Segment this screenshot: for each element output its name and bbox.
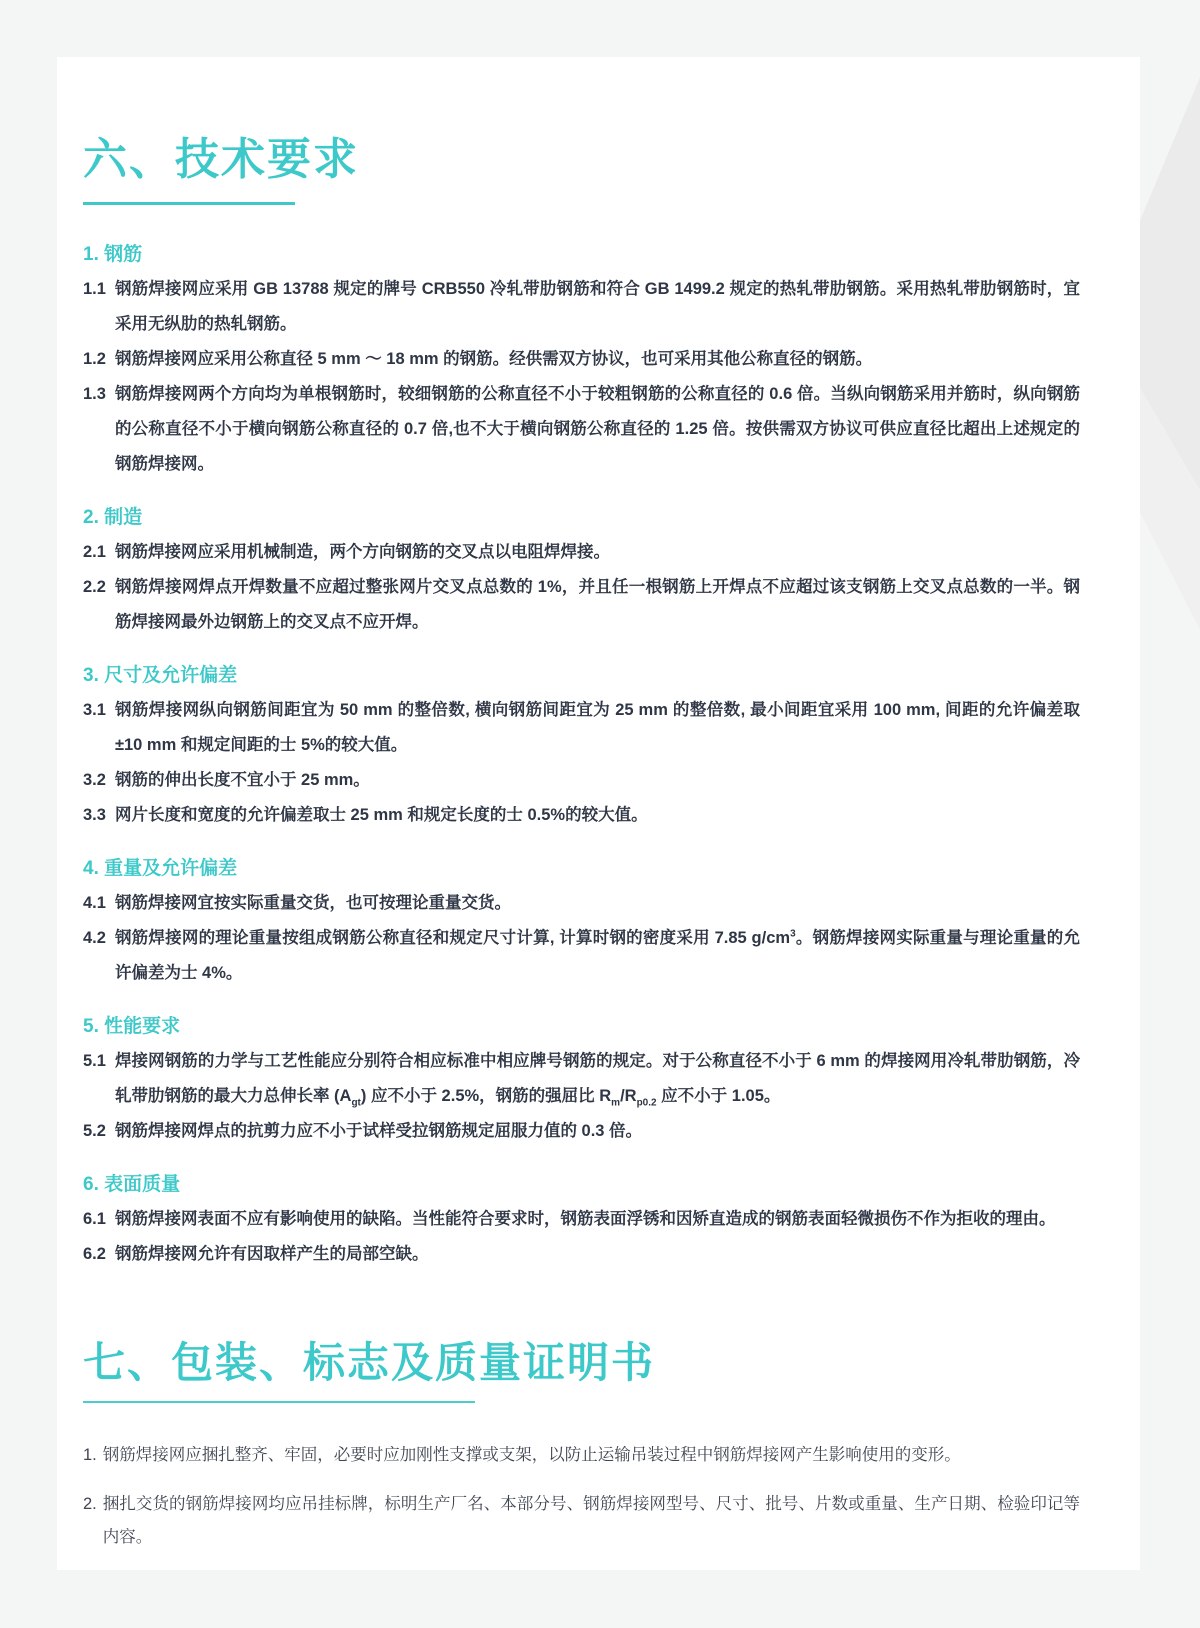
item-text: 捆扎交货的钢筋焊接网均应吊挂标牌，标明生产厂名、本部分号、钢筋焊接网型号、尺寸、… [103,1488,1080,1554]
item-number: 3.1 [83,693,106,763]
item-number: 3.2 [83,763,106,798]
item-text: 钢筋焊接网应采用机械制造，两个方向钢筋的交叉点以电阻焊焊接。 [115,535,1080,570]
text-part: /R [620,1087,637,1105]
section-7-title: 七、包装、标志及质量证明书 [83,1336,1080,1389]
item-number: 1.1 [83,272,106,342]
text-part: ) 应不小于 2.5%，钢筋的强屈比 R [361,1087,611,1105]
item-number: 1. [83,1439,97,1472]
item-number: 1.3 [83,377,106,482]
group-heading-dimensions: 3. 尺寸及允许偏差 [83,658,1080,693]
item-number: 5.2 [83,1114,106,1149]
group-heading-surface: 6. 表面质量 [83,1167,1080,1202]
item-text: 钢筋焊接网纵向钢筋间距宜为 50 mm 的整倍数, 横向钢筋间距宜为 25 mm… [115,693,1080,763]
group-dimensions: 3. 尺寸及允许偏差 3.1 钢筋焊接网纵向钢筋间距宜为 50 mm 的整倍数,… [83,658,1080,833]
item-text: 钢筋焊接网焊点开焊数量不应超过整张网片交叉点总数的 1%，并且任一根钢筋上开焊点… [115,570,1080,640]
item-number: 4.1 [83,886,106,921]
section-6-underline [83,202,295,205]
item-1-3: 1.3 钢筋焊接网两个方向均为单根钢筋时，较细钢筋的公称直径不小于较粗钢筋的公称… [83,377,1080,482]
item-number: 6.1 [83,1202,106,1237]
item-text: 钢筋焊接网宜按实际重量交货，也可按理论重量交货。 [115,886,1080,921]
item-number: 2. [83,1488,97,1554]
item-2-2: 2.2 钢筋焊接网焊点开焊数量不应超过整张网片交叉点总数的 1%，并且任一根钢筋… [83,570,1080,640]
item-number: 2.1 [83,535,106,570]
item-text: 焊接网钢筋的力学与工艺性能应分别符合相应标准中相应牌号钢筋的规定。对于公称直径不… [115,1044,1080,1114]
group-heading-manufacture: 2. 制造 [83,500,1080,535]
section-6-title: 六、技术要求 [83,133,1080,186]
item-3-3: 3.3 网片长度和宽度的允许偏差取士 25 mm 和规定长度的士 0.5%的较大… [83,798,1080,833]
item-6-2: 6.2 钢筋焊接网允许有因取样产生的局部空缺。 [83,1237,1080,1272]
item-3-1: 3.1 钢筋焊接网纵向钢筋间距宜为 50 mm 的整倍数, 横向钢筋间距宜为 2… [83,693,1080,763]
item-number: 6.2 [83,1237,106,1272]
item-3-2: 3.2 钢筋的伸出长度不宜小于 25 mm。 [83,763,1080,798]
group-performance: 5. 性能要求 5.1 焊接网钢筋的力学与工艺性能应分别符合相应标准中相应牌号钢… [83,1009,1080,1149]
item-2-1: 2.1 钢筋焊接网应采用机械制造，两个方向钢筋的交叉点以电阻焊焊接。 [83,535,1080,570]
item-text: 网片长度和宽度的允许偏差取士 25 mm 和规定长度的士 0.5%的较大值。 [115,798,1080,833]
item-text: 钢筋焊接网两个方向均为单根钢筋时，较细钢筋的公称直径不小于较粗钢筋的公称直径的 … [115,377,1080,482]
item-text: 钢筋焊接网应采用公称直径 5 mm ～ 18 mm 的钢筋。经供需双方协议，也可… [115,342,1080,377]
item-text: 钢筋焊接网允许有因取样产生的局部空缺。 [115,1237,1080,1272]
item-text: 钢筋焊接网焊点的抗剪力应不小于试样受拉钢筋规定屈服力值的 0.3 倍。 [115,1114,1080,1149]
item-number: 3.3 [83,798,106,833]
item-4-2: 4.2 钢筋焊接网的理论重量按组成钢筋公称直径和规定尺寸计算, 计算时钢的密度采… [83,921,1080,991]
item-number: 4.2 [83,921,106,991]
group-heading-weight: 4. 重量及允许偏差 [83,851,1080,886]
document-page: 六、技术要求 1. 钢筋 1.1 钢筋焊接网应采用 GB 13788 规定的牌号… [57,57,1140,1570]
text-part: 应不小于 1.05。 [657,1087,781,1105]
item-5-2: 5.2 钢筋焊接网焊点的抗剪力应不小于试样受拉钢筋规定屈服力值的 0.3 倍。 [83,1114,1080,1149]
item-text: 钢筋焊接网的理论重量按组成钢筋公称直径和规定尺寸计算, 计算时钢的密度采用 7.… [115,921,1080,991]
item-text: 钢筋焊接网应采用 GB 13788 规定的牌号 CRB550 冷轧带肋钢筋和符合… [115,272,1080,342]
group-manufacture: 2. 制造 2.1 钢筋焊接网应采用机械制造，两个方向钢筋的交叉点以电阻焊焊接。… [83,500,1080,640]
section-7-underline [83,1401,475,1403]
packing-item-2: 2. 捆扎交货的钢筋焊接网均应吊挂标牌，标明生产厂名、本部分号、钢筋焊接网型号、… [83,1488,1080,1554]
item-number: 2.2 [83,570,106,640]
item-text: 钢筋的伸出长度不宜小于 25 mm。 [115,763,1080,798]
item-text: 钢筋焊接网表面不应有影响使用的缺陷。当性能符合要求时，钢筋表面浮锈和因矫直造成的… [115,1202,1080,1237]
group-heading-performance: 5. 性能要求 [83,1009,1080,1044]
group-weight: 4. 重量及允许偏差 4.1 钢筋焊接网宜按实际重量交货，也可按理论重量交货。 … [83,851,1080,991]
text-part: 钢筋焊接网的理论重量按组成钢筋公称直径和规定尺寸计算, 计算时钢的密度采用 7.… [115,929,790,947]
subscript: m [611,1097,620,1108]
subscript: p0.2 [637,1097,657,1108]
packing-item-1: 1. 钢筋焊接网应捆扎整齐、牢固，必要时应加刚性支撑或支架，以防止运输吊装过程中… [83,1439,1080,1472]
item-4-1: 4.1 钢筋焊接网宜按实际重量交货，也可按理论重量交货。 [83,886,1080,921]
item-text: 钢筋焊接网应捆扎整齐、牢固，必要时应加刚性支撑或支架，以防止运输吊装过程中钢筋焊… [103,1439,1080,1472]
group-rebar: 1. 钢筋 1.1 钢筋焊接网应采用 GB 13788 规定的牌号 CRB550… [83,237,1080,482]
item-6-1: 6.1 钢筋焊接网表面不应有影响使用的缺陷。当性能符合要求时，钢筋表面浮锈和因矫… [83,1202,1080,1237]
item-1-2: 1.2 钢筋焊接网应采用公称直径 5 mm ～ 18 mm 的钢筋。经供需双方协… [83,342,1080,377]
item-1-1: 1.1 钢筋焊接网应采用 GB 13788 规定的牌号 CRB550 冷轧带肋钢… [83,272,1080,342]
subscript: gt [351,1097,360,1108]
item-number: 1.2 [83,342,106,377]
group-surface: 6. 表面质量 6.1 钢筋焊接网表面不应有影响使用的缺陷。当性能符合要求时，钢… [83,1167,1080,1272]
item-number: 5.1 [83,1044,106,1114]
group-heading-rebar: 1. 钢筋 [83,237,1080,272]
item-5-1: 5.1 焊接网钢筋的力学与工艺性能应分别符合相应标准中相应牌号钢筋的规定。对于公… [83,1044,1080,1114]
